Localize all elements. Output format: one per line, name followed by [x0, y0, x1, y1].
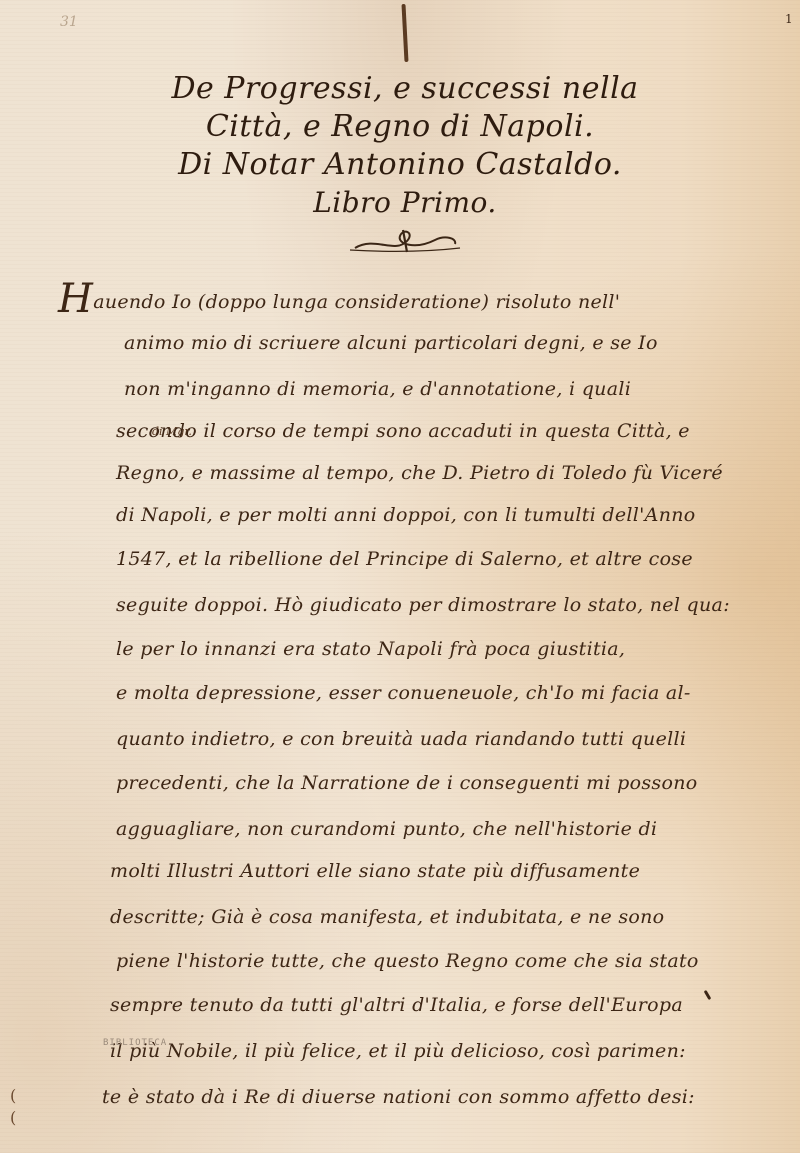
drop-cap: H — [58, 276, 93, 322]
title-line-3: Di Notar Antonino Castaldo. — [0, 146, 800, 184]
body-line-2: animo mio di scriuere alcuni particolari… — [124, 332, 658, 354]
stray-ink-mark — [704, 990, 712, 1000]
folio-mark: 31 — [60, 14, 78, 30]
flourish-ornament-icon — [345, 226, 465, 256]
body-line-15: descritte; Già è cosa manifesta, et indu… — [110, 906, 664, 928]
body-line-5: Regno, e massime al tempo, che D. Pietro… — [116, 462, 723, 484]
body-line-11: quanto indietro, e con breuità uada rian… — [116, 728, 686, 750]
body-line-13: agguagliare, non curandomi punto, che ne… — [116, 818, 657, 840]
body-line-7: 1547, et la ribellione del Principe di S… — [116, 548, 693, 570]
ink-stroke-mark — [401, 4, 408, 62]
body-line-8: seguite doppoi. Hò giudicato per dimostr… — [116, 594, 730, 616]
title-block: De Progressi, e successi nella Città, e … — [0, 70, 800, 222]
body-line-3: non m'inganno di memoria, e d'annotation… — [124, 378, 631, 400]
body-line-18: il più Nobile, il più felice, et il più … — [110, 1040, 686, 1062]
body-line-12: precedenti, che la Narratione de i conse… — [116, 772, 698, 794]
library-stamp: BIBLIOTECA — [103, 1038, 167, 1048]
body-line-4: secondo il corso de tempi sono accaduti … — [116, 420, 690, 442]
manuscript-page: 31 1 De Progressi, e successi nella Citt… — [0, 0, 800, 1153]
body-line-14: molti Illustri Auttori elle siano state … — [110, 860, 640, 882]
title-line-2: Città, e Regno di Napoli. — [0, 108, 800, 146]
edge-marks: (( — [10, 1085, 16, 1129]
title-line-1: De Progressi, e successi nella — [0, 70, 800, 108]
page-number: 1 — [785, 12, 793, 26]
body-line-6: di Napoli, e per molti anni doppoi, con … — [116, 504, 696, 526]
body-line-1: Hauendo Io (doppo lunga consideratione) … — [58, 276, 620, 322]
title-line-4: Libro Primo. — [0, 184, 800, 222]
body-line-19: te è stato dà i Re di diuerse nationi co… — [102, 1086, 695, 1108]
body-line-16: piene l'historie tutte, che questo Regno… — [116, 950, 699, 972]
body-line-17: sempre tenuto da tutti gl'altri d'Italia… — [110, 994, 683, 1016]
body-line-10: e molta depressione, esser conueneuole, … — [116, 682, 691, 704]
body-line-9: le per lo innanzi era stato Napoli frà p… — [116, 638, 625, 660]
